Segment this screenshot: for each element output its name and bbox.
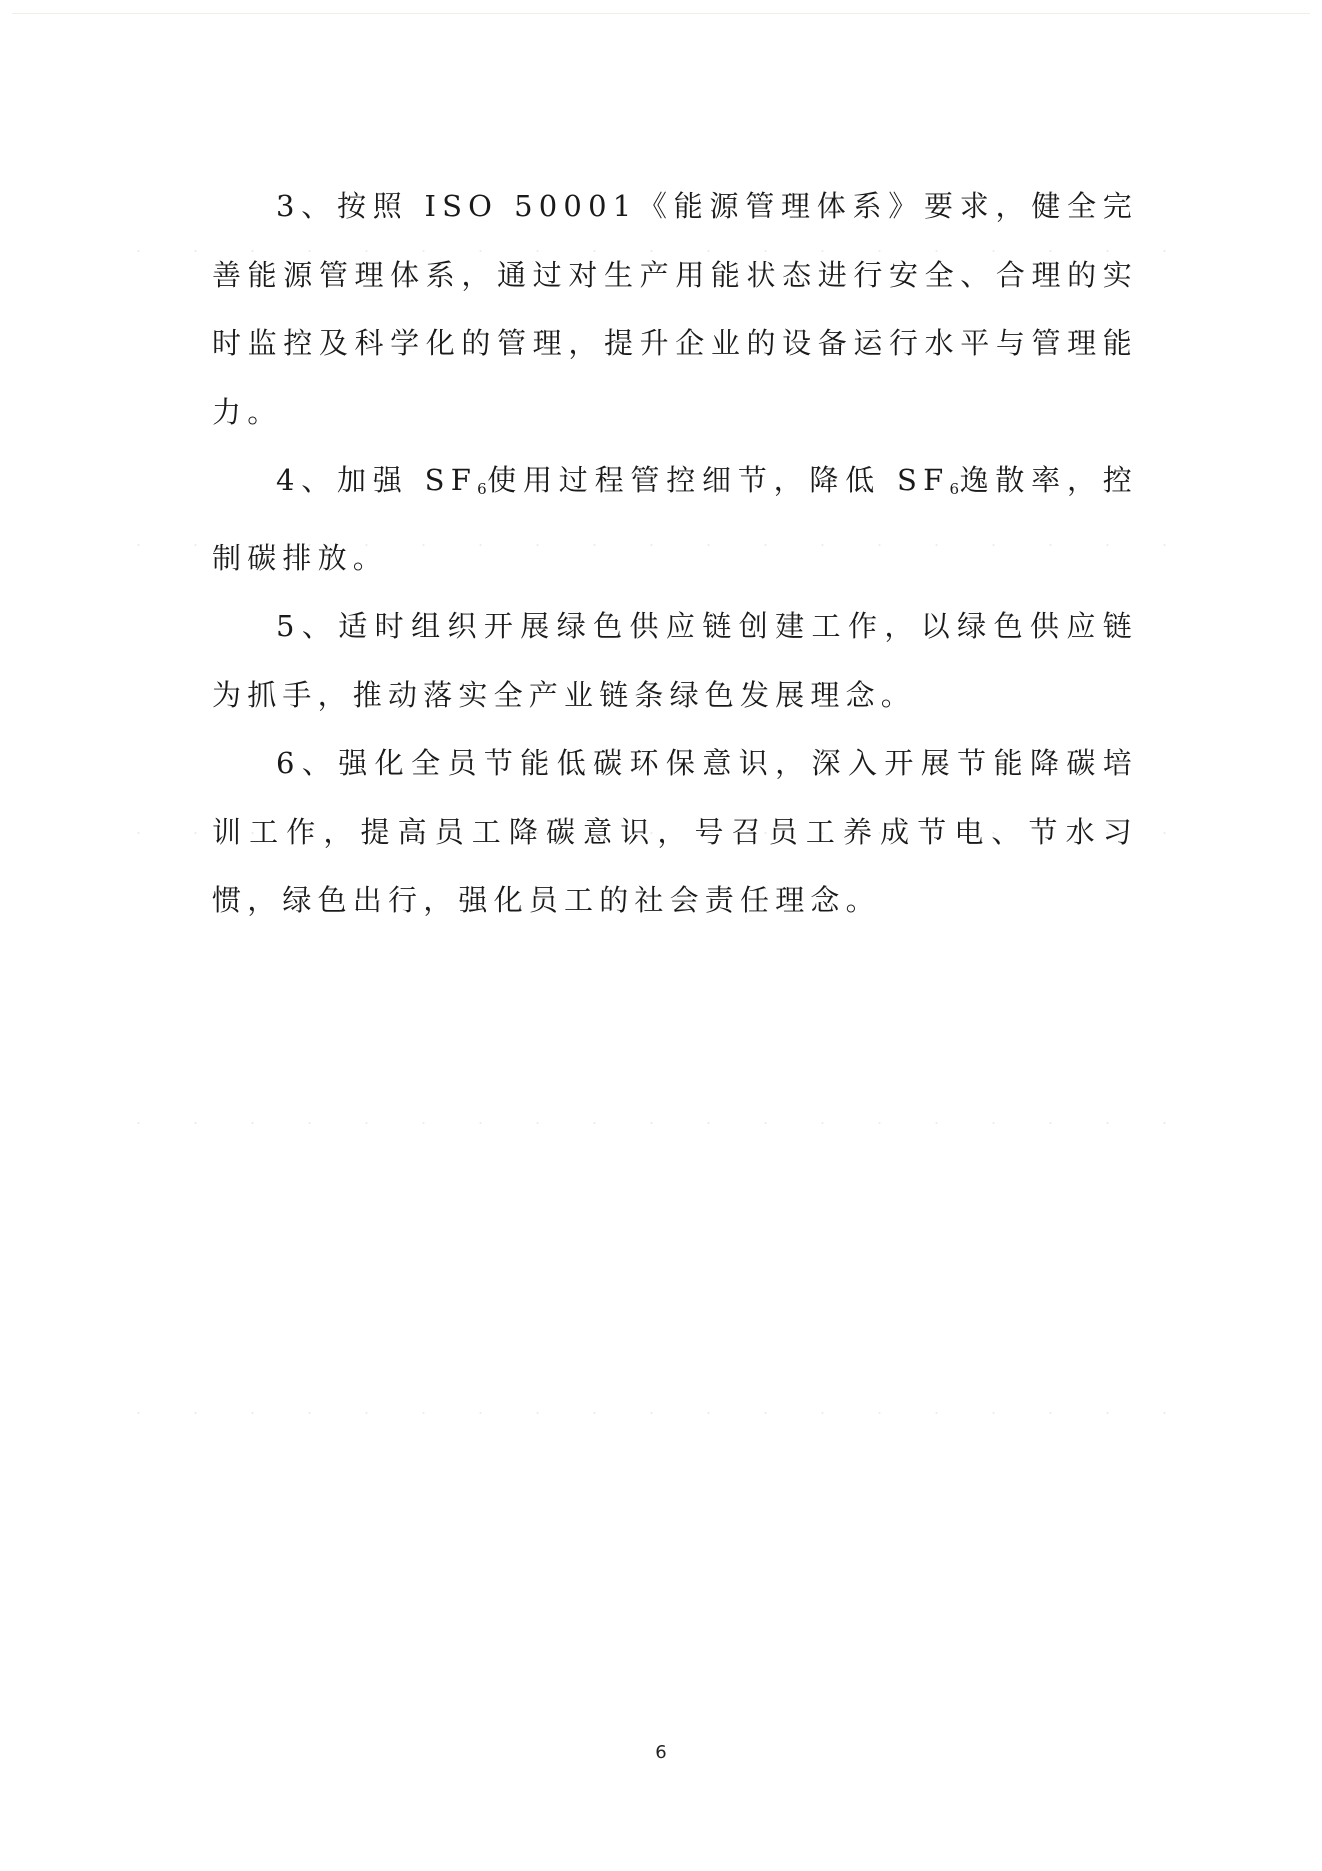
scan-artifact-row bbox=[110, 1412, 1210, 1414]
paragraph-item-5: 5、适时组织开展绿色供应链创建工作，以绿色供应链为抓手，推动落实全产业链条绿色发… bbox=[212, 592, 1138, 729]
paragraph-text: 6、强化全员节能低碳环保意识，深入开展节能降碳培训工作，提高员工降碳意识，号召员… bbox=[212, 746, 1138, 917]
paragraph-text: 4、加强 SF bbox=[276, 463, 477, 497]
scan-top-edge bbox=[12, 13, 1310, 14]
paragraph-text: 使用过程管控细节，降低 SF bbox=[487, 463, 950, 497]
subscript-six: 6 bbox=[477, 480, 487, 498]
paragraph-text: 3、按照 ISO 50001《能源管理体系》要求，健全完善能源管理体系，通过对生… bbox=[212, 189, 1138, 429]
paragraph-item-3: 3、按照 ISO 50001《能源管理体系》要求，健全完善能源管理体系，通过对生… bbox=[212, 172, 1138, 446]
paragraph-text: 5、适时组织开展绿色供应链创建工作，以绿色供应链为抓手，推动落实全产业链条绿色发… bbox=[212, 609, 1138, 712]
paragraph-item-6: 6、强化全员节能低碳环保意识，深入开展节能降碳培训工作，提高员工降碳意识，号召员… bbox=[212, 729, 1138, 935]
page-number: 6 bbox=[0, 1742, 1322, 1763]
document-body: 3、按照 ISO 50001《能源管理体系》要求，健全完善能源管理体系，通过对生… bbox=[212, 172, 1138, 935]
scan-artifact-row bbox=[110, 1122, 1210, 1124]
subscript-six: 6 bbox=[949, 480, 959, 498]
paragraph-item-4: 4、加强 SF6使用过程管控细节，降低 SF6逸散率，控制碳排放。 bbox=[212, 446, 1138, 592]
